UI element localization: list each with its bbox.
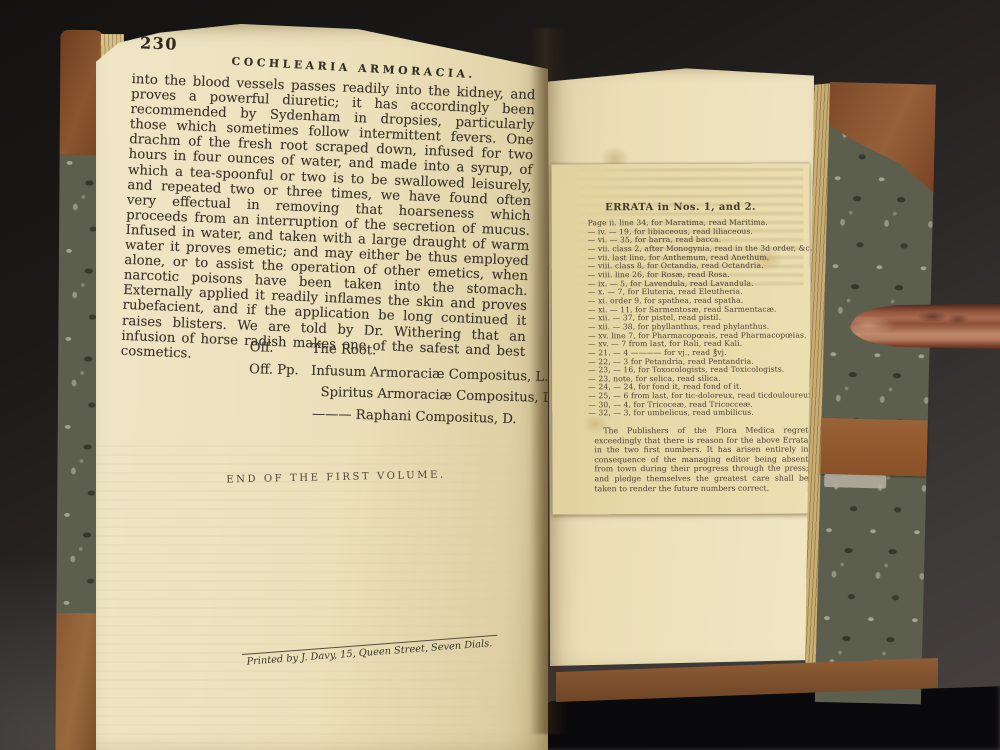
left-board-leather-bottom [55,613,100,750]
officinal-label [248,402,311,425]
right-board-edge [815,82,936,704]
left-page: 230 COCHLEARIA ARMORACIA. into the blood… [96,24,548,750]
book-photo-scene: 230 COCHLEARIA ARMORACIA. into the blood… [0,0,1000,750]
copper-pointer [850,303,1000,349]
printer-imprint: Printed by J. Davy, 15, Queen Street, Se… [242,635,499,668]
officinal-list: Off. The Root. Off. Pp. Infusum Armoraci… [130,334,540,431]
publishers-note: The Publishers of the Flora Medica regre… [594,426,808,494]
volume-end-note: END OF THE FIRST VOLUME. [216,469,456,485]
errata-heading: ERRATA in Nos. 1, and 2. [552,202,810,214]
tape-fragment [824,474,886,489]
right-board-leather-patch [820,418,927,477]
officinal-value: ——— Raphani Compositus, D. [312,403,517,430]
body-paragraph: into the blood vessels passes readily in… [120,72,535,375]
officinal-label: Off. Pp. [249,359,312,382]
errata-slip: ERRATA in Nos. 1, and 2. Page ii. line 3… [551,164,810,515]
officinal-value: The Root. [311,339,376,362]
officinal-label: Off. [249,337,312,360]
errata-entry: — 32, — 3, for umbelicus, read umbilicus… [588,409,815,418]
officinal-label [248,380,311,403]
errata-list: Page ii. line 34, for Maratima, read Mar… [588,219,815,419]
